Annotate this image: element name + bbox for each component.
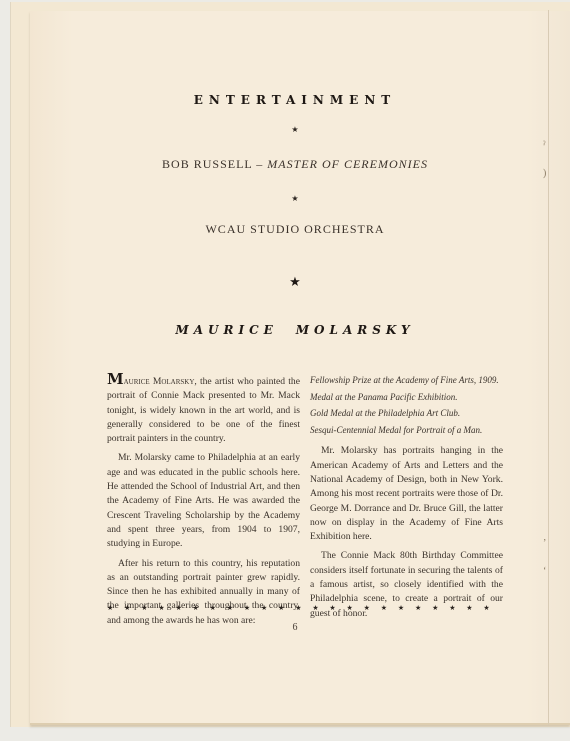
paragraph: Maurice Molarsky, the artist who painted… <box>107 372 300 446</box>
star-icon: ★ <box>210 604 216 612</box>
star-icon: ★ <box>158 604 164 612</box>
star-icon: ★ <box>193 604 199 612</box>
page-number: 6 <box>0 622 570 633</box>
programme-item-orchestra: WCAU STUDIO ORCHESTRA <box>0 222 570 237</box>
star-icon: ★ <box>107 604 113 612</box>
star-icon: ★ <box>483 604 489 612</box>
star-icon: ★ <box>432 604 438 612</box>
programme-item-emcee: BOB RUSSELL – MASTER OF CEREMONIES <box>0 157 570 172</box>
award-item: Sesqui-Centennial Medal for Portrait of … <box>310 422 503 439</box>
star-rule-divider: ★★★★★★★★★★★★★★★★★★★★★★★ <box>107 604 490 612</box>
star-icon: ★ <box>312 604 318 612</box>
paragraph: Mr. Molarsky came to Philadelphia at an … <box>107 451 300 551</box>
programme-performer: WCAU STUDIO ORCHESTRA <box>205 222 384 236</box>
section-heading: MAURICEMOLARSKY <box>0 323 570 337</box>
programme-separator: – <box>252 157 267 171</box>
award-item: Medal at the Panama Pacific Exhibition. <box>310 389 503 406</box>
star-icon: ★ <box>175 604 181 612</box>
programme-role: MASTER OF CEREMONIES <box>267 157 428 171</box>
left-column: Maurice Molarsky, the artist who painted… <box>107 372 300 628</box>
award-item: Gold Medal at the Philadelphia Art Club. <box>310 405 503 422</box>
star-ornament-icon: ★ <box>0 125 570 134</box>
award-item: Fellowship Prize at the Academy of Fine … <box>310 372 503 389</box>
right-column: Fellowship Prize at the Academy of Fine … <box>310 372 503 621</box>
star-icon: ★ <box>466 604 472 612</box>
star-icon: ★ <box>398 604 404 612</box>
star-icon: ★ <box>347 604 353 612</box>
drop-cap: M <box>107 370 124 388</box>
programme-performer: BOB RUSSELL <box>162 157 252 171</box>
page-content: ENTERTAINMENT ★ BOB RUSSELL – MASTER OF … <box>0 0 570 741</box>
star-icon: ★ <box>295 604 301 612</box>
awards-list: Fellowship Prize at the Academy of Fine … <box>310 372 503 438</box>
star-icon: ★ <box>364 604 370 612</box>
star-icon: ★ <box>449 604 455 612</box>
paragraph: After his return to this country, his re… <box>107 557 300 628</box>
star-icon: ★ <box>278 604 284 612</box>
large-star-ornament-icon: ★ <box>0 274 570 290</box>
paragraph: Mr. Molarsky has portraits hanging in th… <box>310 444 503 544</box>
heading-first-name: MAURICE <box>175 323 277 337</box>
lead-smallcaps: aurice Molarsky, <box>124 376 197 387</box>
page-title: ENTERTAINMENT <box>0 93 570 107</box>
star-icon: ★ <box>381 604 387 612</box>
star-icon: ★ <box>124 604 130 612</box>
star-icon: ★ <box>261 604 267 612</box>
star-icon: ★ <box>244 604 250 612</box>
star-icon: ★ <box>415 604 421 612</box>
star-ornament-icon: ★ <box>0 194 570 203</box>
star-icon: ★ <box>329 604 335 612</box>
star-icon: ★ <box>227 604 233 612</box>
star-icon: ★ <box>141 604 147 612</box>
heading-last-name: MOLARSKY <box>296 323 415 337</box>
